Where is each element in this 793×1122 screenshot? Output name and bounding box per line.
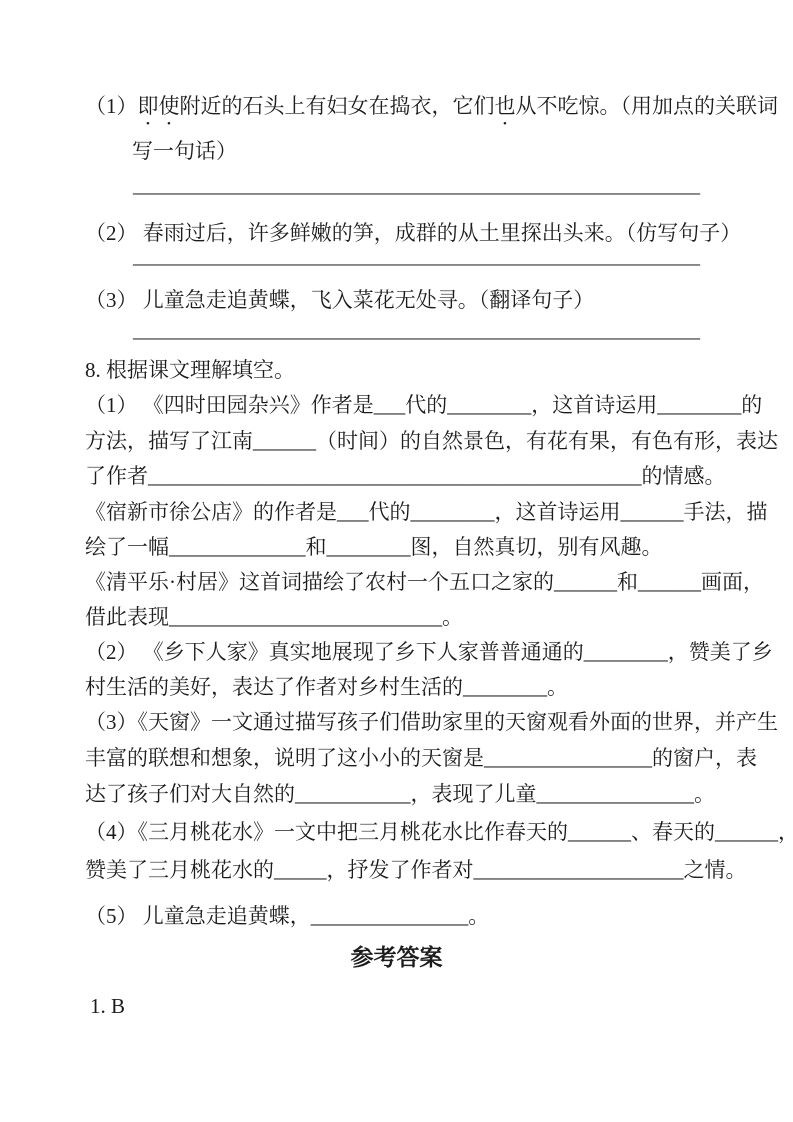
q8-line-7: 借此表现__________________________。 [85,604,463,631]
q8-line-11: 丰富的联想和想象，说明了这小小的天窗是________________的窗户，表 [85,745,757,772]
q7-item1-emphasized-word-ye: 也 [495,94,516,118]
q8-line-4: 《宿新市徐公店》的作者是___代的________，这首诗运用______手法，… [85,499,768,526]
q8-line-13: （4）《三月桃花水》一文中把三月桃花水比作春天的______、春天的______… [85,819,793,846]
q8-line-1: （1） 《四时田园杂兴》作者是___代的________，这首诗运用______… [85,392,762,419]
q7-item1-marker: （1） [85,94,138,118]
q8-line-6: 《清平乐·村居》这首词描绘了农村一个五口之家的______和______画面， [85,569,764,596]
reference-answers-heading: 参考答案 [0,944,793,971]
q7-item1-line: （1）即使附近的石头上有妇女在捣衣，它们也从不吃惊。（用加点的关联词 [85,93,778,130]
q7-item3-line: （3） 儿童急走追黄蝶，飞入菜花无处寻。（翻译句子） [85,287,594,314]
q8-line-15: （5） 儿童急走追黄蝶，_______________。 [85,903,489,930]
q8-line-9: 村生活的美好，表达了作者对乡村生活的________。 [85,674,568,701]
q7-item2-answer-blank: ________________________________________… [133,243,700,270]
q8-line-5: 绘了一幅_____________和________图，自然真切，别有风趣。 [85,534,663,561]
worksheet-page: （1）即使附近的石头上有妇女在捣衣，它们也从不吃惊。（用加点的关联词 写一句话）… [0,0,793,1122]
answer-item-1: 1. B [90,993,125,1020]
q7-item1-answer-blank: ________________________________________… [133,172,700,199]
q8-heading: 8. 根据课文理解填空。 [85,357,295,384]
q8-line-3: 了作者_____________________________________… [85,463,726,490]
q7-item3-answer-blank: ________________________________________… [133,317,700,344]
q7-item1-emphasized-word-jishi: 即使 [138,94,180,118]
q8-line-10: （3）《天窗》一文通过描写孩子们借助家里的天窗观看外面的世界，并产生 [85,709,778,736]
q8-line-2: 方法，描写了江南______（时间）的自然景色，有花有果，有色有形，表达 [85,428,778,455]
q7-item1-continuation: 写一句话） [132,138,237,165]
q8-line-8: （2） 《乡下人家》真实地展现了乡下人家普普通通的________，赞美了乡 [85,639,773,666]
q8-line-12: 达了孩子们对大自然的___________，表现了儿童_____________… [85,781,715,808]
q8-line-14: 赞美了三月桃花水的_____，抒发了作者对___________________… [85,857,747,884]
q7-item1-middle-text: 附近的石头上有妇女在捣衣，它们 [180,94,495,118]
q7-item1-tail-text: 从不吃惊。（用加点的关联词 [516,94,779,118]
